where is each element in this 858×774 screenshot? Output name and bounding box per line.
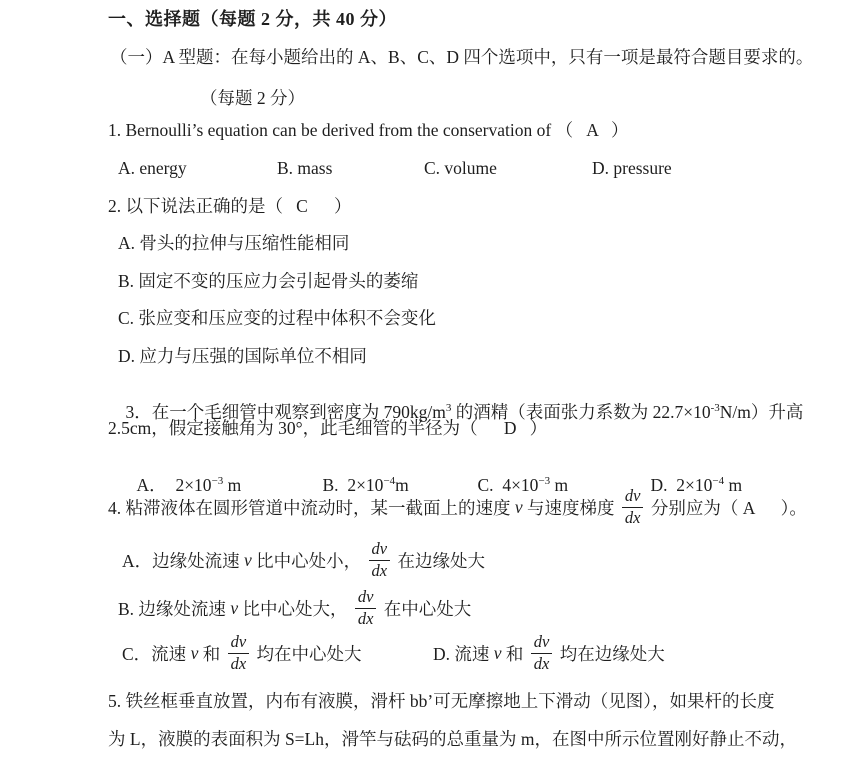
q5-stem-line2: 为 L，液膜的表面积为 S=Lh，滑竿与砝码的总重量为 m，在图中所示位置刚好静… bbox=[108, 728, 797, 750]
fraction-numerator: dv bbox=[369, 540, 391, 561]
q2-option-c: C. 张应变和压应变的过程中体积不会变化 bbox=[118, 307, 436, 329]
q1-stem: 1. Bernoulli’s equation can be derived f… bbox=[108, 119, 629, 141]
fraction-numerator: dv bbox=[228, 633, 250, 654]
q4-option-d-text-3: 均在边缘处大 bbox=[555, 641, 664, 666]
q1-option-d: D. pressure bbox=[592, 157, 672, 179]
q4-option-b-text-2: 比中心处大， bbox=[238, 596, 352, 621]
q4-option-d-text-2: 和 bbox=[502, 641, 528, 666]
q4-option-a-text-1: A．边缘处流速 bbox=[122, 548, 244, 573]
fraction-denominator: dx bbox=[358, 609, 374, 629]
fraction-numerator: dv bbox=[531, 633, 553, 654]
q4-stem-velocity-symbol: v bbox=[515, 497, 523, 518]
q4-option-a-text-2: 比中心处小， bbox=[252, 548, 366, 573]
q4-option-a: A．边缘处流速 v 比中心处小， dvdx 在边缘处大 bbox=[122, 536, 485, 584]
fraction-numerator: dv bbox=[355, 588, 377, 609]
fraction-denominator: dx bbox=[625, 508, 641, 528]
q2-option-b: B. 固定不变的压应力会引起骨头的萎缩 bbox=[118, 270, 418, 292]
q1-option-b: B. mass bbox=[277, 157, 332, 179]
q4-stem-text-3: 分别应为（ A ）。 bbox=[646, 495, 806, 520]
q4-option-c-text-2: 和 bbox=[198, 641, 224, 666]
q5-stem-line1: 5. 铁丝框垂直放置，内布有液膜，滑杆 bb’可无摩擦地上下滑动（见图），如果杆… bbox=[108, 690, 774, 712]
q4-option-c-text-3: 均在中心处大 bbox=[252, 641, 361, 666]
fraction-denominator: dx bbox=[534, 654, 550, 674]
q4-stem-text-2: 与速度梯度 bbox=[523, 495, 619, 520]
q3-superscript-exp: -3 bbox=[711, 402, 720, 414]
type-a-instruction: （一）A 型题：在每小题给出的 A、B、C、D 四个选项中，只有一项是最符合题目… bbox=[110, 46, 813, 68]
q4-option-c-fraction: dvdx bbox=[228, 633, 250, 674]
q2-stem: 2. 以下说法正确的是（ C ） bbox=[108, 195, 352, 217]
q4-option-c: C．流速 v 和 dvdx 均在中心处大 bbox=[122, 629, 362, 677]
q1-option-c: C. volume bbox=[424, 157, 497, 179]
q4-option-d-fraction: dvdx bbox=[531, 633, 553, 674]
q3-stem-line2: 2.5cm，假定接触角为 30°，此毛细管的半径为（ D ） bbox=[108, 417, 547, 439]
q4-option-c-text-1: C．流速 bbox=[122, 641, 191, 666]
per-question-note: （每题 2 分） bbox=[200, 87, 305, 109]
section-title: 一、选择题（每题 2 分，共 40 分） bbox=[108, 8, 397, 30]
q4-option-d: D. 流速 v 和 dvdx 均在边缘处大 bbox=[433, 629, 665, 677]
q4-option-a-text-3: 在边缘处大 bbox=[393, 548, 485, 573]
q3-stem-text-3: N/m）升高 bbox=[720, 402, 804, 422]
q4-option-d-velocity-symbol: v bbox=[494, 643, 502, 664]
q4-option-b: B. 边缘处流速 v 比中心处大， dvdx 在中心处大 bbox=[118, 584, 471, 632]
q4-stem-text-1: 4. 粘滞液体在圆形管道中流动时，某一截面上的速度 bbox=[108, 495, 515, 520]
q4-stem-fraction: dvdx bbox=[622, 487, 644, 528]
q4-stem: 4. 粘滞液体在圆形管道中流动时，某一截面上的速度 v 与速度梯度 dvdx 分… bbox=[108, 483, 807, 531]
q4-option-b-text-3: 在中心处大 bbox=[379, 596, 471, 621]
q4-option-d-text-1: D. 流速 bbox=[433, 641, 494, 666]
q4-option-c-velocity-symbol: v bbox=[191, 643, 199, 664]
q4-option-b-fraction: dvdx bbox=[355, 588, 377, 629]
q4-option-a-velocity-symbol: v bbox=[244, 550, 252, 571]
fraction-denominator: dx bbox=[372, 561, 388, 581]
q2-option-a: A. 骨头的拉伸与压缩性能相同 bbox=[118, 232, 349, 254]
q2-option-d: D. 应力与压强的国际单位不相同 bbox=[118, 345, 367, 367]
fraction-numerator: dv bbox=[622, 487, 644, 508]
exam-page: 一、选择题（每题 2 分，共 40 分） （一）A 型题：在每小题给出的 A、B… bbox=[0, 0, 858, 774]
q4-option-a-fraction: dvdx bbox=[369, 540, 391, 581]
fraction-denominator: dx bbox=[231, 654, 247, 674]
q1-option-a: A. energy bbox=[118, 157, 187, 179]
q4-option-b-velocity-symbol: v bbox=[230, 598, 238, 619]
q4-option-b-text-1: B. 边缘处流速 bbox=[118, 596, 230, 621]
